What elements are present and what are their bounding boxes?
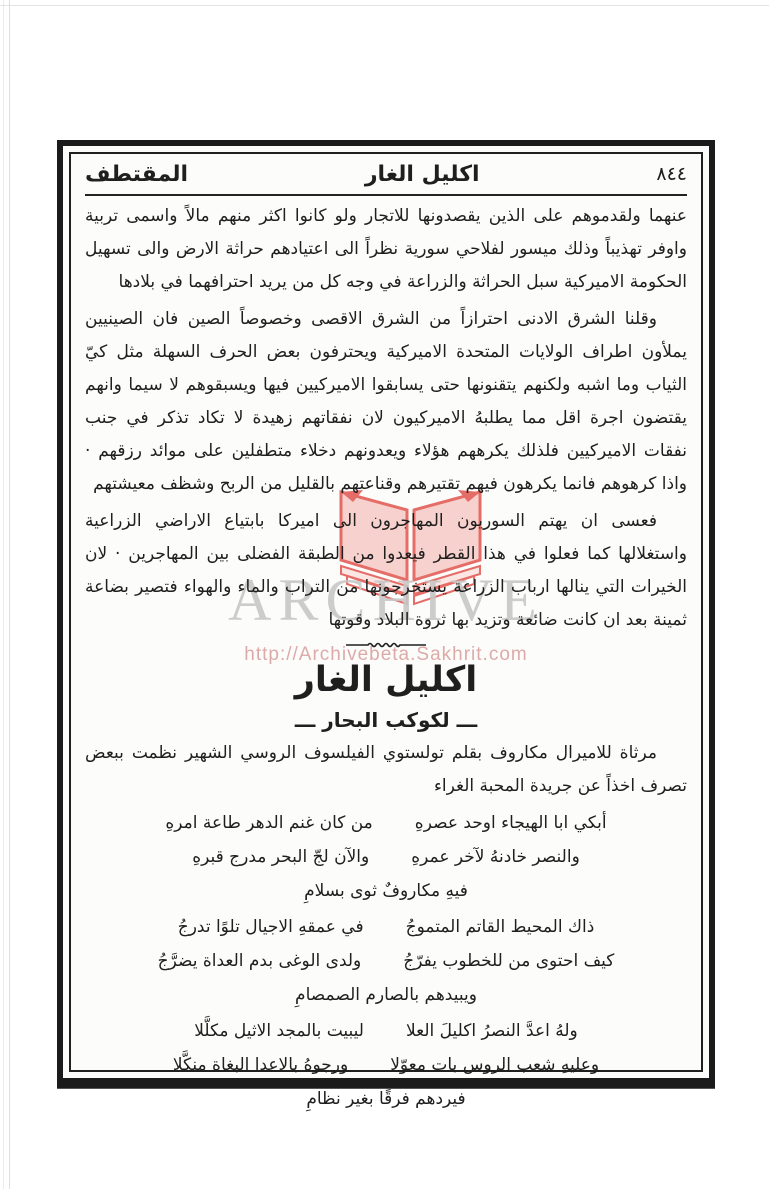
paragraph-1: عنهما ولقدموهم على الذين يقصدونها للاتجا… — [85, 200, 687, 299]
poem-stanza-2: ذاك المحيط القاتم المتموجُ في عمقهِ الاج… — [85, 910, 687, 1012]
hemistich-left: في عمقهِ الاجيال تلوًا تدرجُ — [178, 910, 364, 944]
running-header-title: اكليل الغار — [365, 162, 480, 187]
hemistich-left: ليبيت بالمجد الاثيل مكلَّلا — [194, 1014, 364, 1048]
squiggle-divider-icon — [346, 640, 426, 650]
hemistich-left: ولدى الوغى بدم العداة يضرَّجُ — [158, 944, 362, 978]
section-subtitle: ـــ لكوكب البحار ـــ — [85, 705, 687, 735]
running-header: ٨٤٤ اكليل الغار المقتطف — [85, 154, 687, 196]
stanza-tail-line: فيردهم فرقًا بغير نظامِ — [85, 1082, 687, 1116]
poem-verse: ذاك المحيط القاتم المتموجُ في عمقهِ الاج… — [85, 910, 687, 944]
hemistich-right: ذاك المحيط القاتم المتموجُ — [406, 910, 595, 944]
magazine-name: المقتطف — [85, 162, 188, 187]
hemistich-right: كيف احتوى من للخطوب يفرّجُ — [403, 944, 614, 978]
hemistich-left: من كان غنم الدهر طاعة امرهِ — [165, 806, 372, 840]
hemistich-right: أبكي ابا الهيجاء اوحد عصرهِ — [415, 806, 607, 840]
hemistich-right: وعليهِ شعب الروس بات معوّلا — [390, 1048, 599, 1082]
poem-verse: كيف احتوى من للخطوب يفرّجُ ولدى الوغى بد… — [85, 944, 687, 978]
stanza-tail-line: ويبيدهم بالصارم الصمصامِ — [85, 978, 687, 1012]
scan-edge-line-left-2 — [3, 0, 4, 1189]
scanned-magazine-page: { "header": { "page_number": "٨٤٤", "art… — [0, 0, 769, 1189]
poem-verse: والنصر خادنهُ لآخر عمرهِ والآن لجّ البحر… — [85, 840, 687, 874]
section-title: اكليل الغار — [85, 655, 687, 705]
stanza-tail-line: فيهِ مكاروفٌ ثوى بسلامِ — [85, 874, 687, 908]
poem-stanza-3: ولهُ اعدَّ النصرُ اكليلَ العلا ليبيت بال… — [85, 1014, 687, 1116]
poem-verse: أبكي ابا الهيجاء اوحد عصرهِ من كان غنم ا… — [85, 806, 687, 840]
page-content: ٨٤٤ اكليل الغار المقتطف عنهما ولقدموهم ع… — [71, 154, 701, 1070]
poem-intro: مرثاة للاميرال مكاروف بقلم تولستوي الفيل… — [85, 737, 687, 803]
poem-verse: وعليهِ شعب الروس بات معوّلا ورجوهُ بالاع… — [85, 1048, 687, 1082]
scan-edge-line-top — [0, 5, 769, 6]
poem-stanza-1: أبكي ابا الهيجاء اوحد عصرهِ من كان غنم ا… — [85, 806, 687, 908]
hemistich-right: والنصر خادنهُ لآخر عمرهِ — [411, 840, 580, 874]
hemistich-left: ورجوهُ بالاعدا البغاة منكَّلا — [173, 1048, 348, 1082]
poem-verse: ولهُ اعدَّ النصرُ اكليلَ العلا ليبيت بال… — [85, 1014, 687, 1048]
page-frame: ARCHIVE http://Archivebeta.Sakhrit.com ٨… — [57, 140, 715, 1088]
poem: أبكي ابا الهيجاء اوحد عصرهِ من كان غنم ا… — [85, 806, 687, 1116]
paragraph-2: وقلنا الشرق الادنى احترازاً من الشرق الا… — [85, 303, 687, 501]
scan-edge-line-left — [9, 0, 10, 1189]
paragraph-3: فعسى ان يهتم السوريون المهاجرون الى امير… — [85, 505, 687, 637]
hemistich-right: ولهُ اعدَّ النصرُ اكليلَ العلا — [406, 1014, 578, 1048]
squiggle-divider — [85, 639, 687, 655]
hemistich-left: والآن لجّ البحر مدرج قبرهِ — [192, 840, 369, 874]
page-number: ٨٤٤ — [656, 163, 687, 185]
